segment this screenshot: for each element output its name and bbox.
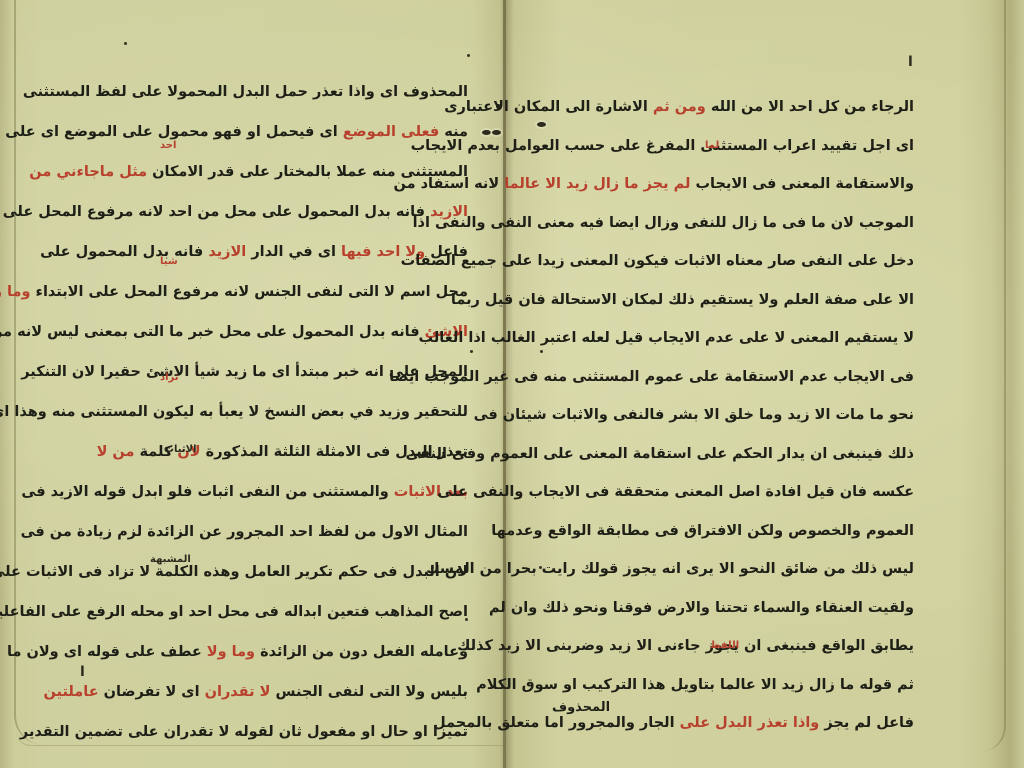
rubric-lemma: وما ولا: [207, 644, 255, 660]
text-line: اى اجل تقييد اعراب المستثنى المفرغ على ح…: [566, 127, 914, 166]
rubric-lemma: لا تقدران: [205, 684, 271, 700]
text-line: ليس ذلك من ضائق النحو الا يرى انه يجوز ق…: [566, 550, 914, 589]
text-line: بليس ولا التى لنفى الجنس لا تقدران اى لا…: [150, 672, 468, 712]
interlinear-gloss: احد: [160, 140, 176, 151]
rubric-lemma: لم يجز ما زال زيد الا عالما: [504, 176, 690, 192]
text-line: ولقيت العنقاء والسماء تحتنا والارض فوقنا…: [566, 589, 914, 628]
interlinear-gloss: اللفظ: [710, 640, 739, 651]
text-line: دخل على النفى صار معناه الاثبات فيكون ال…: [566, 242, 914, 281]
text-line: المثال الاول من لفظ احد المجرور عن الزائ…: [150, 512, 468, 552]
rubric-lemma: الازيد: [208, 244, 246, 260]
ink-speck: [124, 42, 127, 45]
manuscript-spread: ا ا المحذوف اى واذا تعذر حمل البدل المحم…: [0, 0, 1024, 768]
text-line: فاعل لم يجز واذا تعذر البدل على الجار وا…: [566, 704, 914, 743]
text-line: ذلك فينبغى ان يدار الحكم على استقامة الم…: [566, 435, 914, 474]
right-page-text: الرجاء من كل احد الا من الله ومن ثم الاش…: [566, 88, 914, 743]
interlinear-gloss: شيا: [160, 256, 178, 267]
text-line: والاستقامة المعنى فى الايجاب لم يجز ما ز…: [566, 165, 914, 204]
interlinear-gloss: تزاد: [160, 372, 179, 383]
ink-speck: [467, 54, 470, 57]
rubric-lemma: واذا تعذر البدل على: [680, 715, 820, 731]
rubric-lemma: من لا: [97, 444, 135, 460]
text-line: الا على صفة العلم ولا يستقيم ذلك لمكان ا…: [566, 281, 914, 320]
text-line: العموم والخصوص ولكن الافتراق فى مطابقة ا…: [566, 512, 914, 551]
text-line: عكسه فان قيل افادة اصل المعنى متحققة فى …: [566, 473, 914, 512]
interlinear-gloss: الاثبات: [164, 444, 197, 455]
rubric-lemma: ومن ثم: [653, 99, 706, 115]
text-line: يطابق الواقع فينبغى ان يجوز جاءنى الا زي…: [566, 627, 914, 666]
text-line: الموجب لان ما فى ما زال للنفى وزال ايضا …: [566, 204, 914, 243]
rubric-lemma: مثل ماجاءني من: [29, 164, 147, 180]
text-line: اصح المذاهب فتعين ابداله فى محل احد او م…: [150, 592, 468, 632]
text-line: تميزا او حال او مفعول ثان لقوله لا تقدرا…: [150, 712, 468, 752]
text-line: فى الايجاب عدم الاستقامة على عموم المستث…: [566, 358, 914, 397]
text-line: بعد الاثبات والمستثنى من النفى اثبات فلو…: [150, 472, 468, 512]
text-line: لان البدل فى حكم تكرير العامل وهذه الكلم…: [150, 552, 468, 592]
text-line: المحذوف اى واذا تعذر حمل البدل المحمولا …: [150, 72, 468, 112]
text-line: لا يستقيم المعنى لا على عدم الايجاب قيل …: [566, 319, 914, 358]
rubric-lemma: وما زيد: [0, 284, 31, 300]
text-line: الرجاء من كل احد الا من الله ومن ثم الاش…: [566, 88, 914, 127]
text-line: نحو ما مات الا زيد وما خلق الا بشر فالنف…: [566, 396, 914, 435]
folio-mark-right: ا: [908, 54, 913, 70]
catchword: المحذوف: [552, 700, 610, 715]
text-line: وعامله الفعل دون من الزائدة وما ولا عطف …: [150, 632, 468, 672]
text-line: للتحقير وزيد في بعض النسخ لا يعبأ به ليك…: [150, 392, 468, 432]
interlinear-gloss: لما: [705, 140, 719, 151]
text-line: ثم قوله ما زال زيد الا عالما بتاويل هذا …: [566, 666, 914, 705]
interlinear-gloss: المشبهة: [150, 554, 191, 565]
rubric-lemma: عاملتين: [43, 684, 98, 700]
